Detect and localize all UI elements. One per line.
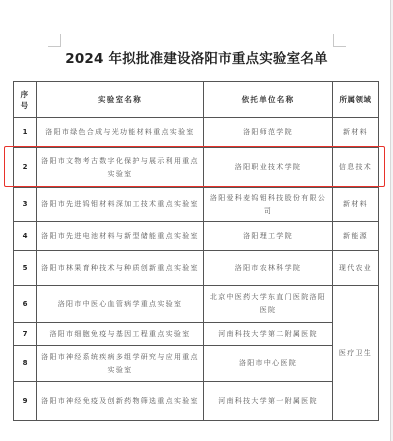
crop-mark-top-right <box>333 34 346 47</box>
row-lab-name: 洛阳市中医心血管病学重点实验室 <box>37 286 204 323</box>
row-field: 信息技术 <box>333 148 379 188</box>
row-host-unit: 洛阳职业技术学院 <box>204 148 333 188</box>
header-index: 序号 <box>14 82 37 118</box>
row-host-unit: 北京中医药大学东直门医院洛阳医院 <box>204 286 333 323</box>
row-lab-name: 洛阳市先进钨钼材料深加工技术重点实验室 <box>37 188 204 222</box>
table-row: 8 洛阳市神经系统疾病多组学研究与应用重点实验室 洛阳市中心医院 <box>14 346 379 382</box>
row-lab-name: 洛阳市林果育种技术与种质创新重点实验室 <box>37 251 204 286</box>
crop-mark-top-left <box>48 34 61 47</box>
table-row: 5 洛阳市林果育种技术与种质创新重点实验室 洛阳市农林科学院 现代农业 <box>14 251 379 286</box>
row-lab-name: 洛阳市神经系统疾病多组学研究与应用重点实验室 <box>37 346 204 382</box>
row-lab-name: 洛阳市先进电池材料与新型储能重点实验室 <box>37 222 204 251</box>
row-field-merged: 医疗卫生 <box>333 286 379 421</box>
row-host-unit: 洛阳市中心医院 <box>204 346 333 382</box>
row-index: 3 <box>14 188 37 222</box>
row-index: 6 <box>14 286 37 323</box>
header-field: 所属领域 <box>333 82 379 118</box>
table-row: 7 洛阳市细胞免疫与基因工程重点实验室 河南科技大学第二附属医院 <box>14 323 379 346</box>
document-title: 2024 年拟批准建设洛阳市重点实验室名单 <box>0 47 393 67</box>
row-host-unit: 洛阳理工学院 <box>204 222 333 251</box>
row-index: 9 <box>14 382 37 421</box>
row-index: 8 <box>14 346 37 382</box>
table-row: 1 洛阳市绿色合成与光功能材料重点实验室 洛阳师范学院 新材料 <box>14 118 379 148</box>
row-index: 4 <box>14 222 37 251</box>
row-lab-name: 洛阳市神经免疫及创新药物筛选重点实验室 <box>37 382 204 421</box>
row-host-unit: 洛阳市农林科学院 <box>204 251 333 286</box>
header-lab-name: 实验室名称 <box>37 82 204 118</box>
row-field: 现代农业 <box>333 251 379 286</box>
row-index: 5 <box>14 251 37 286</box>
table-row: 4 洛阳市先进电池材料与新型储能重点实验室 洛阳理工学院 新能源 <box>14 222 379 251</box>
table-header-row: 序号 实验室名称 依托单位名称 所属领域 <box>14 82 379 118</box>
lab-list-table: 序号 实验室名称 依托单位名称 所属领域 1 洛阳市绿色合成与光功能材料重点实验… <box>13 81 379 421</box>
row-index: 7 <box>14 323 37 346</box>
table-row: 9 洛阳市神经免疫及创新药物筛选重点实验室 河南科技大学第一附属医院 <box>14 382 379 421</box>
row-field: 新能源 <box>333 222 379 251</box>
row-host-unit: 河南科技大学第一附属医院 <box>204 382 333 421</box>
row-lab-name: 洛阳市文物考古数字化保护与展示利用重点实验室 <box>37 148 204 188</box>
row-host-unit: 洛阳师范学院 <box>204 118 333 148</box>
row-host-unit: 河南科技大学第二附属医院 <box>204 323 333 346</box>
table-row-highlighted: 2 洛阳市文物考古数字化保护与展示利用重点实验室 洛阳职业技术学院 信息技术 <box>14 148 379 188</box>
row-index: 1 <box>14 118 37 148</box>
row-lab-name: 洛阳市绿色合成与光功能材料重点实验室 <box>37 118 204 148</box>
row-field: 新材料 <box>333 118 379 148</box>
row-host-unit: 洛阳爱科麦钨钼科技股份有限公司 <box>204 188 333 222</box>
table-row: 3 洛阳市先进钨钼材料深加工技术重点实验室 洛阳爱科麦钨钼科技股份有限公司 新材… <box>14 188 379 222</box>
table-row: 6 洛阳市中医心血管病学重点实验室 北京中医药大学东直门医院洛阳医院 医疗卫生 <box>14 286 379 323</box>
header-host-unit: 依托单位名称 <box>204 82 333 118</box>
row-lab-name: 洛阳市细胞免疫与基因工程重点实验室 <box>37 323 204 346</box>
row-field: 新材料 <box>333 188 379 222</box>
row-index: 2 <box>14 148 37 188</box>
